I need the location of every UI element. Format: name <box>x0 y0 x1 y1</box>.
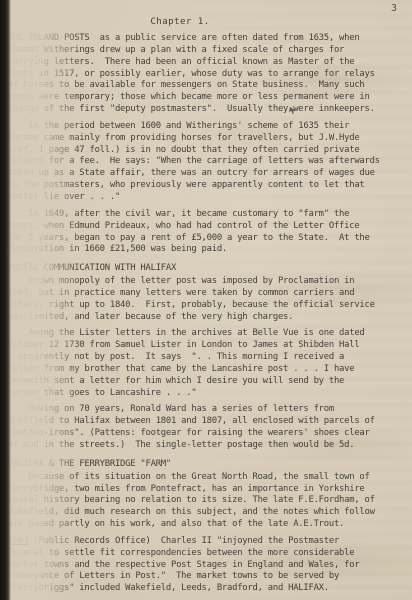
text-line: taken up as a State affair, there was an… <box>8 168 412 180</box>
text-line: market towns and the respective Post Sta… <box>8 560 412 572</box>
text-line: "Ferrybriggs" included Wakefield, Leeds,… <box>8 583 412 595</box>
text-line: General to settle fit correspondencies b… <box>8 548 412 560</box>
text-line: October 12 1730 from Samuel Lister in Lo… <box>8 340 412 352</box>
text-line: letters for a fee. He says: "When the ca… <box>8 156 412 168</box>
text-line: In the period between 1600 and Withering… <box>8 121 412 133</box>
text-line: Among the Lister letters in the archives… <box>8 328 412 340</box>
text-line: Thomas Witherings drew up a plan with a … <box>8 45 412 57</box>
text-line: Ferrybridge, two miles from Pontefract, … <box>8 484 412 496</box>
page-number: 3 <box>391 3 397 14</box>
text-line: person that goes to Lancashire . . ." <box>8 388 412 400</box>
text-line: Because of its situation on the Great No… <box>8 472 412 484</box>
text-line: letter from my brother that came by the … <box>8 364 412 376</box>
text-line: "patten-irons". (Pattens: footgear for r… <box>8 428 412 440</box>
text-line: postal history bearing no relation to it… <box>8 495 412 507</box>
text-line: are based partly on his work, and also t… <box>8 519 412 531</box>
text-line: of mud in the streets.) The single-lette… <box>8 440 412 452</box>
text-line: (ref. 1 page 47 foll.) is in no doubt th… <box>8 145 412 157</box>
text-line: income came mainly from providing horses… <box>8 133 412 145</box>
text-line: of horses to be available for messengers… <box>8 80 412 92</box>
text-line: — apparently not by post. It says ". . T… <box>8 352 412 364</box>
text-line: THE INLAND POSTS as a public service are… <box>8 33 412 45</box>
section-heading: POSTAL COMMUNICATION WITH HALIFAX <box>8 263 412 275</box>
text-line: matter lie over . . ." <box>8 192 412 204</box>
text-line: Sheffield to Halifax between 1801 and 18… <box>8 416 412 428</box>
text-line: was limited, and later because of the ve… <box>8 312 412 324</box>
text-line: herewith sent a letter for him which I d… <box>8 376 412 388</box>
text-line: to the postmasters, who previously were … <box>8 180 412 192</box>
text-line: Restoration in 1660 £21,500 was being pa… <box>8 244 412 256</box>
text-line: posts, when Edmund Prideaux, who had had… <box>8 221 412 233</box>
text-line: Wakefield, did much research on this sub… <box>8 507 412 519</box>
text-line: for 5 years, began to pay a rent of £5,0… <box>8 233 412 245</box>
text-line: conveyance of Letters in Post." The mark… <box>8 571 412 583</box>
text-line: posts were temporary; those which became… <box>8 92 412 104</box>
text-line: In 1649, after the civil war, it became … <box>8 209 412 221</box>
text-line: charge of the first "deputy postmasters"… <box>8 104 412 116</box>
chapter-heading: Chapter 1. <box>0 16 386 27</box>
text-line: carrying letters. There had been an offi… <box>8 57 412 69</box>
page-body: THE INLAND POSTS as a public service are… <box>0 33 412 595</box>
scanned-book-page: 3 Chapter 1. THE INLAND POSTS as a publi… <box>0 0 412 600</box>
text-line: 1609, but in practice many letters were … <box>8 288 412 300</box>
text-line: Moving on 70 years, Ronald Ward has a se… <box>8 404 412 416</box>
text-line: others, right up to 1840. First, probabl… <box>8 300 412 312</box>
text-line: Crown monopoly of the letter post was im… <box>8 276 412 288</box>
underlined-year: 1663 <box>8 536 28 546</box>
section-heading: HALIFAX & THE FERRYBRIDGE "FARM" <box>8 459 412 471</box>
text-line: Posts in 1517, or possibly earlier, whos… <box>8 69 412 81</box>
text-line: 1663 (Public Records Office) Charles II … <box>8 536 412 548</box>
